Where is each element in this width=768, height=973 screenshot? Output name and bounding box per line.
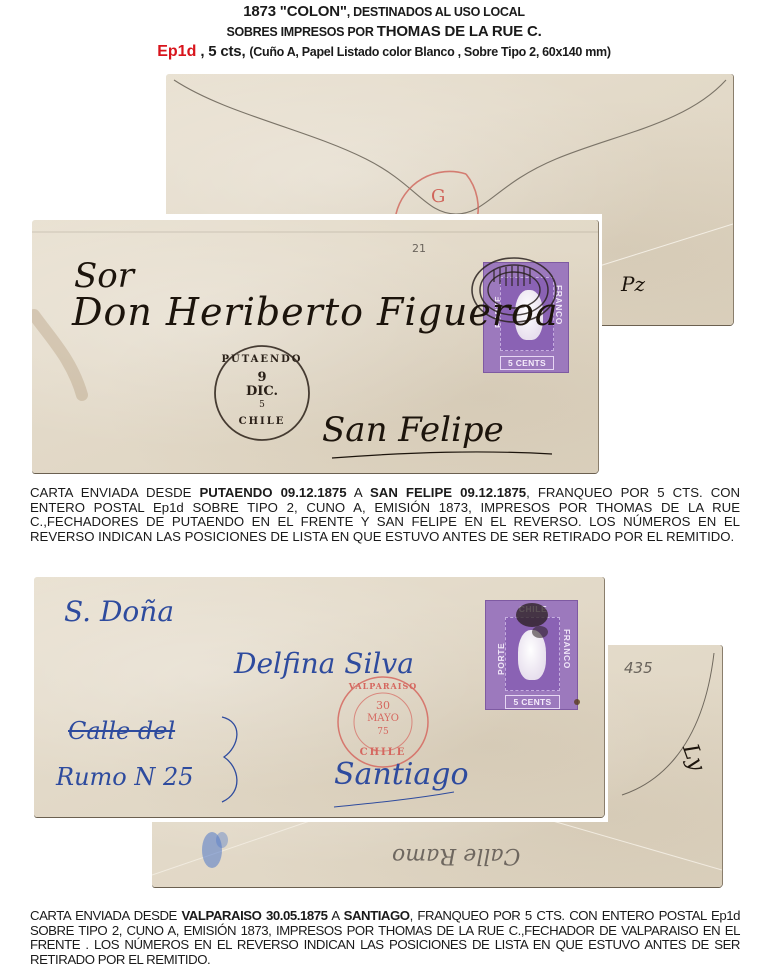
cover1-front-envelope: 21 PORTE FRANCO 5 CENTS Sor Don Heribert… — [32, 220, 598, 473]
datestamp-day: 9 — [212, 370, 312, 385]
title-line-2: SOBRES IMPRESOS POR THOMAS DE LA RUE C. — [0, 22, 768, 42]
desc-text: CARTA ENVIADA DESDE — [30, 908, 181, 923]
address-brace — [34, 577, 604, 817]
back-postmark-letter: G — [431, 186, 445, 207]
title-main: 1873 "COLON" — [243, 3, 347, 20]
desc-text: A — [328, 908, 344, 923]
desc-text: CARTA ENVIADA DESDE — [30, 485, 200, 500]
cover2-front-envelope: CHILE PORTE FRANCO 5 CENTS VALPARAISO 30… — [34, 577, 604, 817]
variety-details: (Cuño A, Papel Listado color Blanco , So… — [249, 45, 610, 59]
datestamp-year: 5 — [212, 400, 312, 410]
title-subtitle: , DESTINADOS AL USO LOCAL — [347, 5, 525, 19]
datestamp-country: CHILE — [212, 416, 312, 427]
catalog-code: Ep1d — [157, 43, 196, 60]
desc-destination: SANTIAGO — [344, 908, 410, 923]
face-value: , 5 cts, — [196, 43, 249, 60]
title-line-3: Ep1d , 5 cts, (Cuño A, Papel Listado col… — [0, 42, 768, 62]
flap-writing: Calle Ramo — [392, 843, 520, 868]
cover2-description: CARTA ENVIADA DESDE VALPARAISO 30.05.187… — [30, 909, 740, 967]
address-city: Santiago — [334, 757, 469, 792]
desc-text: A — [347, 485, 370, 500]
printer-name: THOMAS DE LA RUE C. — [377, 23, 542, 40]
cover1-description: CARTA ENVIADA DESDE PUTAENDO 09.12.1875 … — [30, 486, 740, 544]
back-signature: Pz — [621, 272, 645, 296]
page-header: 1873 "COLON", DESTINADOS AL USO LOCAL SO… — [0, 2, 768, 62]
datestamp-town: PUTAENDO — [212, 354, 312, 365]
desc-destination: SAN FELIPE 09.12.1875 — [370, 485, 526, 500]
printer-prefix: SOBRES IMPRESOS POR — [226, 25, 376, 39]
desc-origin: VALPARAISO 30.05.1875 — [181, 908, 327, 923]
datestamp-month: DIC. — [212, 384, 312, 399]
desc-origin: PUTAENDO 09.12.1875 — [200, 485, 347, 500]
title-line-1: 1873 "COLON", DESTINADOS AL USO LOCAL — [0, 2, 768, 22]
putaendo-datestamp — [32, 220, 598, 473]
